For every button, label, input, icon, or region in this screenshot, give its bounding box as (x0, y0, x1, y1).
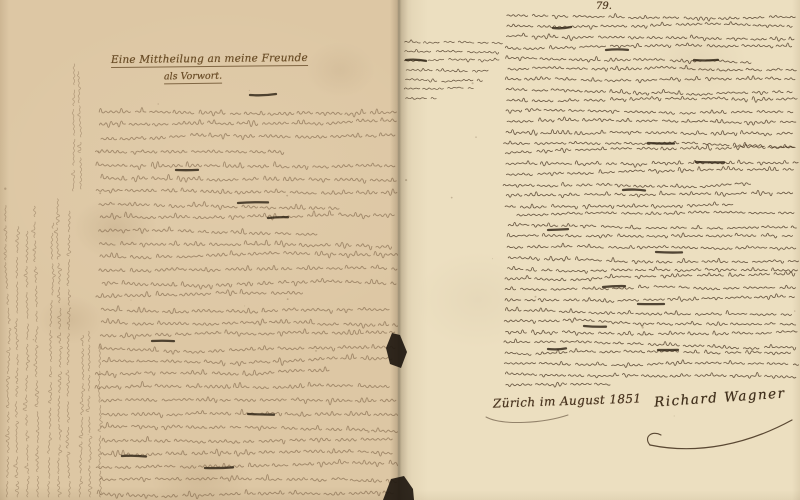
left-margin-note-lower (4, 195, 102, 497)
right-paper-speckles (405, 82, 795, 416)
right-page-handwriting (398, 0, 800, 500)
right-body-handwriting (503, 14, 800, 388)
left-margin-note-upper (71, 61, 81, 191)
right-manuscript-page: 79. Zürich im August 1851 Richard Wagner (398, 0, 800, 500)
left-ink-corrections (122, 94, 288, 468)
left-manuscript-page: Eine Mittheilung an meine Freunde als Vo… (0, 0, 398, 500)
page-number: 79. (596, 1, 612, 12)
left-paper-speckles (4, 90, 370, 435)
document-subtitle: als Vorwort. (164, 71, 222, 85)
right-margin-note (404, 40, 507, 99)
right-ink-corrections (548, 27, 724, 350)
document-title: Eine Mittheilung an meine Freunde (111, 52, 308, 68)
manuscript-scan: Eine Mittheilung an meine Freunde als Vo… (0, 0, 800, 500)
signature-flourish (486, 415, 792, 449)
left-body-handwriting (95, 108, 398, 499)
